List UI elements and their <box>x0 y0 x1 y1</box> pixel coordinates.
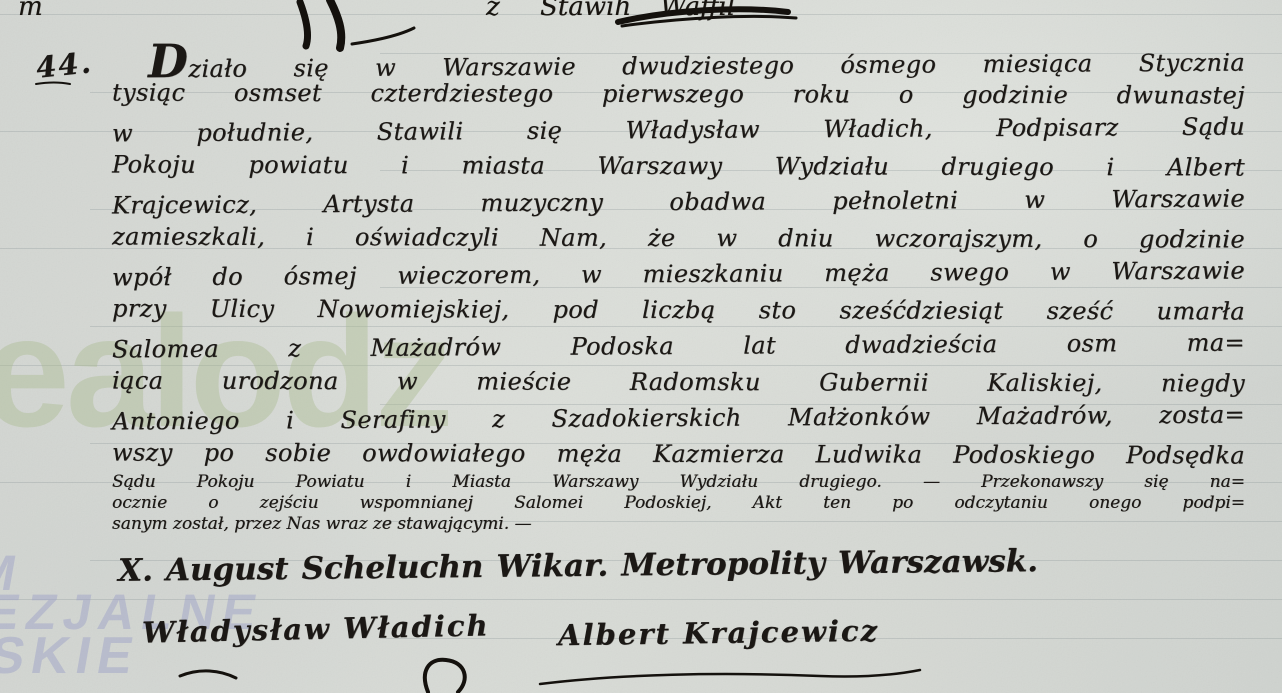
priest-signature: X. August Scheluchn Wikar. Metropolity W… <box>118 543 1038 589</box>
record-line: Pokoju powiatu i miasta Warszawy Wydział… <box>112 147 1245 186</box>
record-line: zamieszkali, i oświadczyli Nam, że w dni… <box>112 219 1245 258</box>
record-line: Antoniego i Serafiny z Szadokierskich Ma… <box>112 397 1245 440</box>
record-closing-line: sanym został, przez Nas wraz ze stawając… <box>112 514 672 535</box>
record-closing-line: Sądu Pokoju Powiatu i Miasta Warszawy Wy… <box>112 472 1245 493</box>
record-line: Krajcewicz, Artysta muzyczny obadwa pełn… <box>112 181 1245 224</box>
act-number: 44. <box>34 45 94 85</box>
signature-albert-krajcewicz: Albert Krajcewicz <box>558 614 879 652</box>
archive-watermark-fragment-skie: SKIE <box>0 626 145 686</box>
signature-wladyslaw-wladich: Władysław Władich <box>142 608 490 649</box>
top-clipped-fragment: z <box>486 0 500 22</box>
record-line: w południe, Stawili się Władysław Władic… <box>112 109 1245 152</box>
ruled-line <box>0 14 1282 15</box>
top-clipped-fragment: m <box>18 0 43 22</box>
record-line: tysiąc osmset czterdziestego pierwszego … <box>112 75 1245 114</box>
ruled-line <box>0 599 1282 600</box>
record-closing-line: ocznie o zejściu wspomnianej Salomei Pod… <box>112 493 1245 514</box>
record-line: przy Ulicy Nowomiejskiej, pod liczbą sto… <box>112 291 1245 330</box>
record-line: wszy po sobie owdowiałego męża Kazmierza… <box>112 435 1245 474</box>
record-line: iąca urodzona w mieście Radomsku Guberni… <box>112 363 1245 402</box>
archive-watermark-fragment-m: M <box>0 544 28 602</box>
top-clipped-fragment: Wäffil <box>660 0 735 22</box>
record-line: Działo się w Warszawie dwudziestego ósme… <box>112 37 1245 80</box>
record-body: Działo się w Warszawie dwudziestego ósme… <box>112 40 1245 535</box>
top-clipped-fragment: Stawih <box>540 0 631 22</box>
scanned-document-page: ealodz M EZJALNE SKIE m z Stawih Wäffil … <box>0 0 1282 693</box>
record-line: Salomea z Mażadrów Podoska lat dwadzieśc… <box>112 325 1245 368</box>
record-line: wpół do ósmej wieczorem, w mieszkaniu mę… <box>112 253 1245 296</box>
